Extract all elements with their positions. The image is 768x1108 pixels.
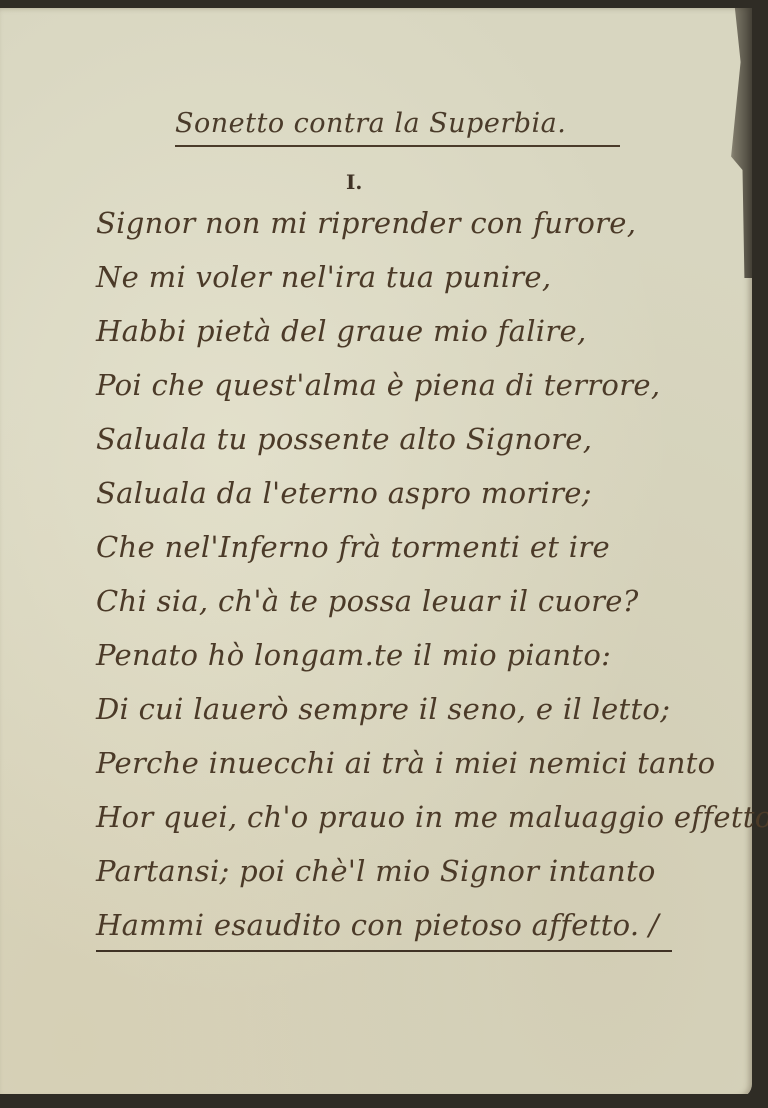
verse-line: Perche inuecchi ai trà i miei nemici tan… [96, 736, 716, 790]
verse-line: Chi sia, ch'à te possa leuar il cuore? [96, 574, 716, 628]
sonnet-number: I. [346, 170, 362, 194]
scan-background [0, 1094, 768, 1108]
verse-line: Di cui lauerò sempre il seno, e il letto… [96, 682, 716, 736]
verse-line: Partansi; poi chè'l mio Signor intanto [96, 844, 716, 898]
verse-line: Habbi pietà del graue mio falire, [96, 304, 716, 358]
verse-line: Poi che quest'alma è piena di terrore, [96, 358, 716, 412]
manuscript-page: Sonetto contra la Superbia. I. Signor no… [0, 8, 752, 1098]
closing-rule [96, 950, 672, 952]
verse-line: Penato hò longam.te il mio pianto: [96, 628, 716, 682]
verse-line: Hammi esaudito con pietoso affetto. / [96, 898, 716, 952]
sonnet-title: Sonetto contra la Superbia. [175, 108, 620, 147]
verse-line: Ne mi voler nel'ira tua punire, [96, 250, 716, 304]
verse-line: Saluala tu possente alto Signore, [96, 412, 716, 466]
verse-line: Hor quei, ch'o prauo in me maluaggio eff… [96, 790, 716, 844]
verse-line: Signor non mi riprender con furore, [96, 196, 716, 250]
sonnet-body: Signor non mi riprender con furore, Ne m… [96, 196, 716, 952]
verse-line: Che nel'Inferno frà tormenti et ire [96, 520, 716, 574]
page-edge-stain [714, 8, 752, 278]
verse-line: Saluala da l'eterno aspro morire; [96, 466, 716, 520]
